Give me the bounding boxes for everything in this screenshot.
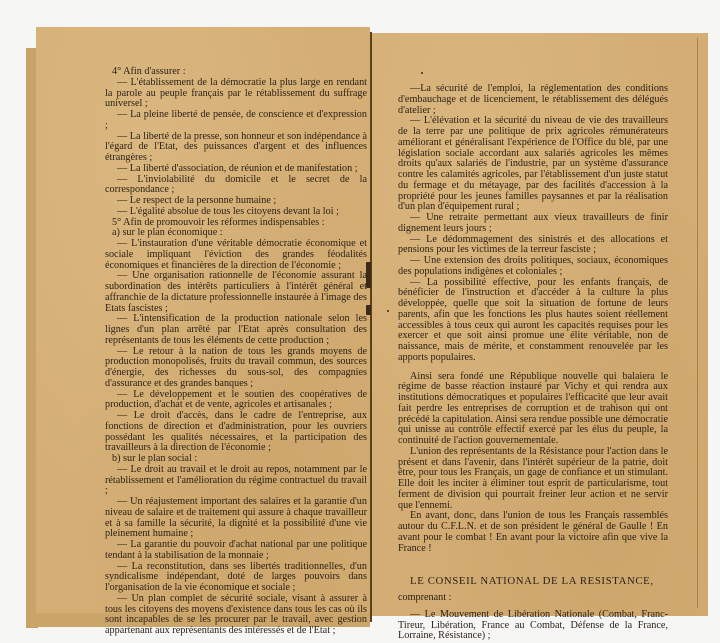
paragraph: — Le droit d'accès, dans le cadre de l'e… [105, 411, 367, 454]
paragraph: — L'instauration d'une véritable démocra… [105, 239, 367, 271]
paragraph: — La liberté d'association, de réunion e… [105, 164, 367, 175]
paragraph: —La sécurité de l'emploi, la réglementat… [398, 84, 668, 116]
paragraph: — L'intensification de la production nat… [105, 314, 367, 346]
ink-speck [421, 72, 423, 74]
right-page-fold-crease [697, 38, 698, 608]
paragraph: — Un réajustement important des salaires… [105, 497, 367, 540]
paragraph: — La liberté de la presse, son honneur e… [105, 132, 367, 164]
member-item: — Le Mouvement de Libération Nationale (… [398, 610, 668, 642]
paragraph: — La reconstitution, dans ses libertés t… [105, 562, 367, 594]
paragraph: L'union des représentants de la Résistan… [398, 447, 668, 512]
paragraph: — Une extension des droits politiques, s… [398, 256, 668, 278]
paragraph: — Le retour à la nation de tous les gran… [105, 347, 367, 390]
booklet-spine [370, 32, 372, 622]
paragraph: — Le développement et le soutien des coo… [105, 390, 367, 412]
comprising-label: comprenant : [398, 593, 668, 604]
right-page-text: —La sécurité de l'emploi, la réglementat… [398, 84, 668, 642]
paragraph: Ainsi sera fondé une République nouvelle… [398, 372, 668, 447]
paragraph: — La pleine liberté de pensée, de consci… [105, 110, 367, 132]
member-list: — Le Mouvement de Libération Nationale (… [398, 610, 668, 642]
paragraph: — L'établissement de la démocratie la pl… [105, 78, 367, 110]
paragraph: — Le dédommagement des sinistrés et des … [398, 235, 668, 257]
paragraph: — L'inviolabilité du domicile et le secr… [105, 175, 367, 197]
paragraph: En avant, donc, dans l'union de tous les… [398, 511, 668, 554]
paragraph: — L'élévation et la sécurité du niveau d… [398, 116, 668, 213]
paragraph: — L'égalité absolue de tous les citoyens… [105, 207, 367, 218]
left-page-text: 4° Afin d'assurer :— L'établissement de … [105, 67, 367, 637]
paragraph: — Un plan complet de sécurité sociale, v… [105, 594, 367, 637]
paragraph: — Une retraite permettant aux vieux trav… [398, 213, 668, 235]
paragraph: — La possibilité effective, pour les enf… [398, 278, 668, 364]
right-page-paragraphs: —La sécurité de l'emploi, la réglementat… [398, 84, 668, 554]
paragraph: — Le droit au travail et le droit au rep… [105, 465, 367, 497]
signature-heading: LE CONSEIL NATIONAL DE LA RESISTANCE, [398, 576, 668, 587]
paragraph: — Une organisation rationnelle de l'écon… [105, 271, 367, 314]
paragraph: — La garantie du pouvoir d'achat nationa… [105, 540, 367, 562]
ink-speck [387, 310, 389, 312]
